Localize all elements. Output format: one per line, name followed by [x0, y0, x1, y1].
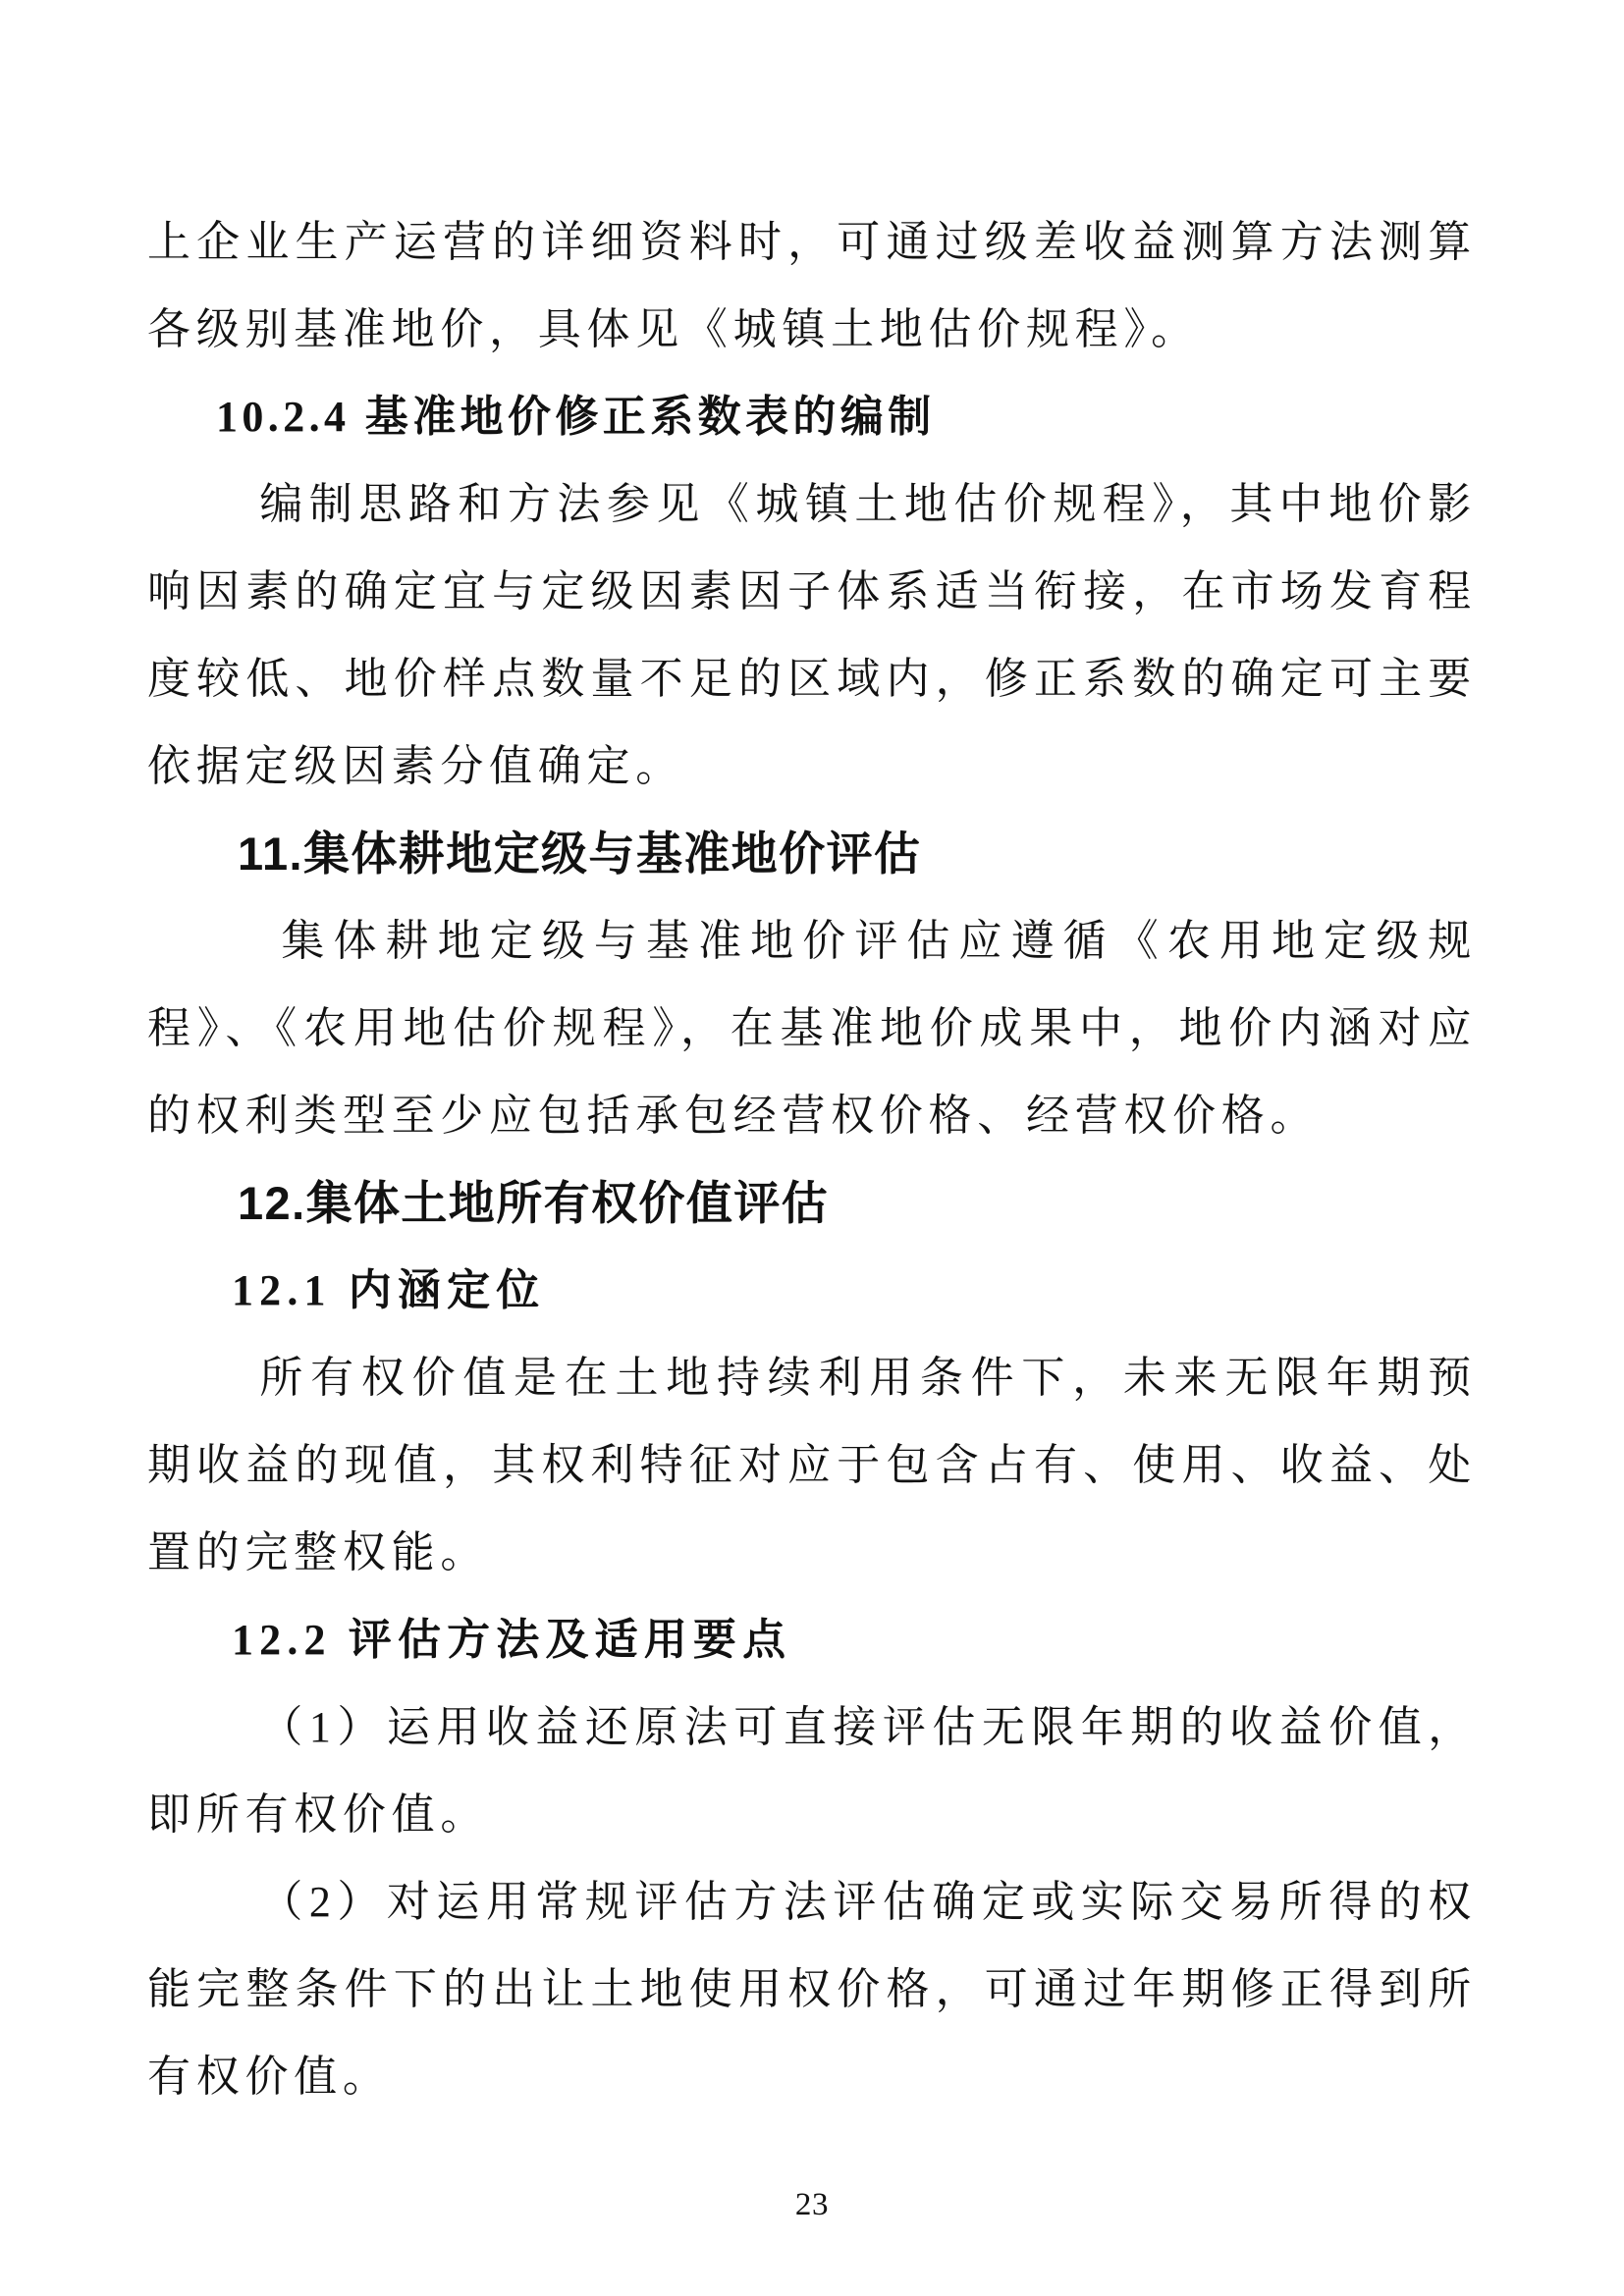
paragraph-collective-farmland: 集体耕地定级与基准地价评估应遵循《农用地定级规程》、《农用地估价规程》，在基准地…: [147, 897, 1477, 1159]
paragraph-continuation: 上企业生产运营的详细资料时，可通过级差收益测算方法测算各级别基准地价，具体见《城…: [147, 198, 1477, 373]
paragraph-method-item-2: （2）对运用常规评估方法评估确定或实际交易所得的权能完整条件下的出让土地使用权价…: [147, 1858, 1477, 2120]
heading-12-2: 12.2 评估方法及适用要点: [232, 1596, 1477, 1683]
heading-11: 11.集体耕地定级与基准地价评估: [238, 810, 1477, 897]
paragraph-benchmark-correction: 编制思路和方法参见《城镇土地估价规程》，其中地价影响因素的确定宜与定级因素因子体…: [147, 460, 1477, 810]
heading-10-2-4: 10.2.4 基准地价修正系数表的编制: [216, 373, 1477, 460]
page-content: 上企业生产运营的详细资料时，可通过级差收益测算方法测算各级别基准地价，具体见《城…: [147, 198, 1477, 2120]
paragraph-method-item-1: （1）运用收益还原法可直接评估无限年期的收益价值，即所有权价值。: [147, 1683, 1477, 1858]
heading-12: 12.集体土地所有权价值评估: [238, 1159, 1477, 1247]
heading-12-1: 12.1 内涵定位: [232, 1247, 1477, 1334]
page-footer-number: 23: [0, 2185, 1624, 2224]
paragraph-ownership-value-definition: 所有权价值是在土地持续利用条件下，未来无限年期预期收益的现值，其权利特征对应于包…: [147, 1334, 1477, 1596]
document-page: 上企业生产运营的详细资料时，可通过级差收益测算方法测算各级别基准地价，具体见《城…: [0, 0, 1624, 2296]
